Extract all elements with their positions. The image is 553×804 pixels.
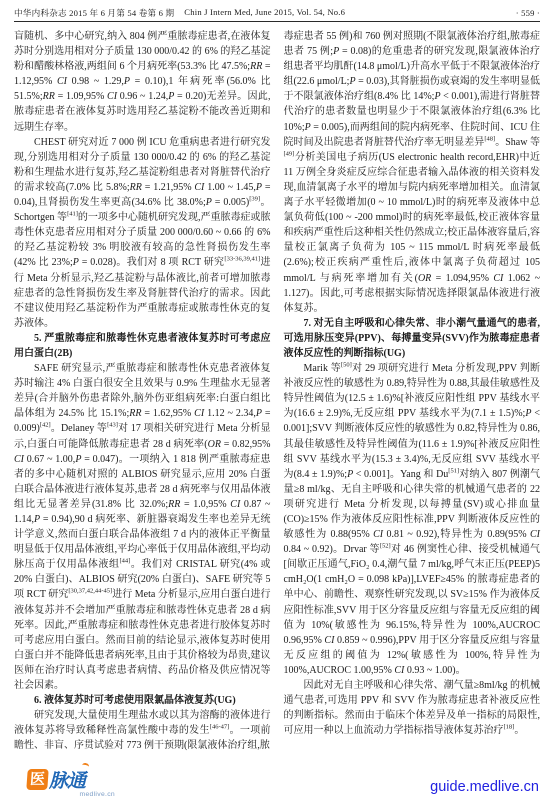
medlive-logo-icon: 医 (26, 769, 48, 790)
column-right: 毒症患者 55 例)和 760 例对照期(不限氯液体治疗组,脓毒症患者 75 例… (284, 29, 541, 754)
paragraph: 盲随机、多中心研究,纳入 804 例严重脓毒症患者,在液体复苏时分别选用相对分子… (14, 29, 271, 135)
header-rule (14, 21, 540, 22)
section-heading: 5. 严重脓毒症和脓毒性休克患者液体复苏时可考虑应用白蛋白(2B) (14, 331, 271, 361)
column-left: 盲随机、多中心研究,纳入 804 例严重脓毒症患者,在液体复苏时分别选用相对分子… (14, 29, 271, 754)
paragraph: 因此对无自主呼吸和心律失常、潮气量≥8ml/kg 的机械通气患者,可选用 PPV… (284, 678, 541, 738)
journal-title-cn: 中华内科杂志 2015 年 6 月第 54 卷第 6 期 (14, 7, 174, 19)
paragraph: SAFE 研究显示,严重脓毒症和脓毒性休克患者液体复苏时输注 4% 白蛋白很安全… (14, 361, 271, 693)
page-number: · 559 · (516, 8, 540, 18)
paragraph: CHEST 研究对近 7 000 例 ICU 危重病患者进行研究发现,分别选用相… (14, 135, 271, 331)
paragraph: 研究发现,大量使用生理盐水或以其为溶酶的液体进行液体复苏将导致稀释性高氯性酸中毒… (14, 708, 271, 753)
paragraph: Marik 等[50]对 29 项研究进行 Meta 分析发现,PPV 判断补液… (284, 361, 541, 678)
article-body: 盲随机、多中心研究,纳入 804 例严重脓毒症患者,在液体复苏时分别选用相对分子… (0, 29, 553, 754)
section-heading: 7. 对无自主呼吸和心律失常、非小潮气量通气的患者,可选用脉压变异(PPV)、每… (284, 316, 541, 361)
medlive-logo-name: 脉通 (49, 766, 85, 793)
section-heading: 6. 液体复苏时可考虑使用限氯晶体液复苏(UG) (14, 693, 271, 708)
paragraph: 毒症患者 55 例)和 760 例对照期(不限氯液体治疗组,脓毒症患者 75 例… (284, 29, 541, 316)
journal-title-en: Chin J Intern Med, June 2015, Vol. 54, N… (184, 7, 345, 19)
logo-spark-icon (81, 762, 89, 769)
journal-page: 中华内科杂志 2015 年 6 月第 54 卷第 6 期 Chin J Inte… (0, 0, 553, 804)
page-header: 中华内科杂志 2015 年 6 月第 54 卷第 6 期 Chin J Inte… (0, 0, 553, 19)
medlive-logo[interactable]: 医 脉通 medlive.cn (27, 766, 119, 798)
guide-url-watermark[interactable]: guide.medlive.cn (430, 779, 539, 795)
